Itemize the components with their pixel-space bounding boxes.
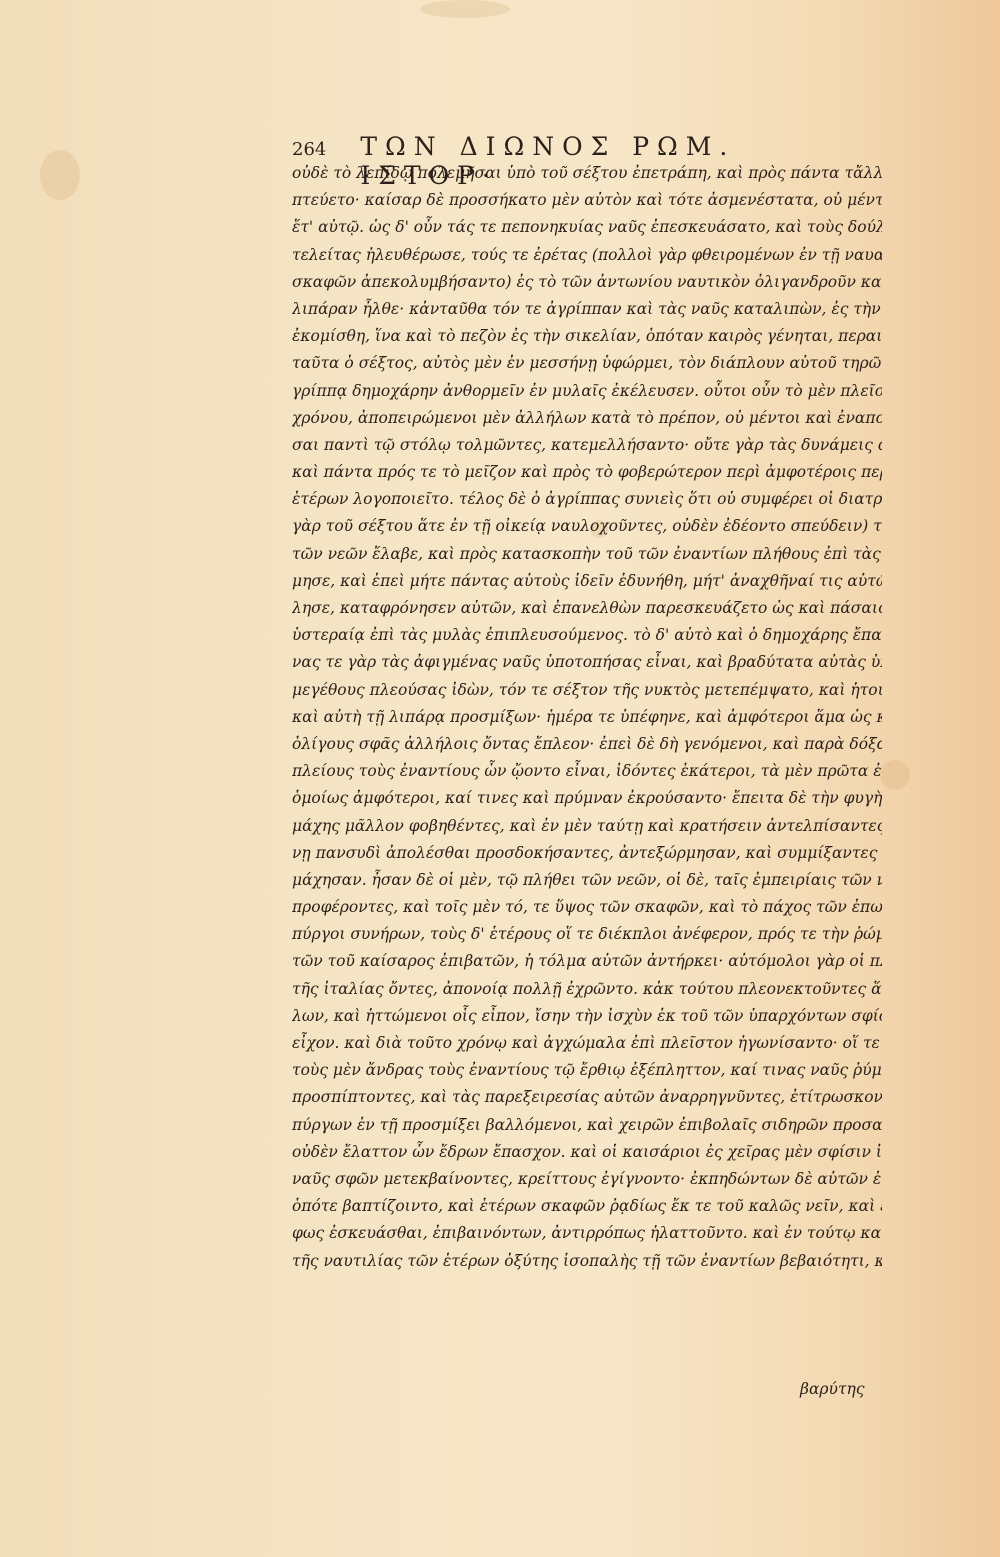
text-line: λιπάραν ἦλθε· κἀνταῦθα τόν τε ἀγρίππαν κ… xyxy=(292,296,882,323)
text-line: σκαφῶν ἀπεκολυμβήσαντο) ἐς τὸ τῶν ἀντωνί… xyxy=(292,269,882,296)
text-line: γὰρ τοῦ σέξτου ἅτε ἐν τῇ οἰκείᾳ ναυλοχοῦ… xyxy=(292,513,882,540)
text-line: τοὺς μὲν ἄνδρας τοὺς ἐναντίους τῷ ἔρθιῳ … xyxy=(292,1057,882,1084)
text-line: μάχης μᾶλλον φοβηθέντες, καὶ ἐν μὲν ταύτ… xyxy=(292,813,882,840)
text-line: ὑστεραίᾳ ἐπὶ τὰς μυλὰς ἐπιπλευσούμενος. … xyxy=(292,622,882,649)
text-line: ἑτέρων λογοποιεῖτο. τέλος δὲ ὁ ἀγρίππας … xyxy=(292,486,882,513)
text-line: σαι παντὶ τῷ στόλῳ τολμῶντες, κατεμελλήσ… xyxy=(292,432,882,459)
text-line: χρόνου, ἀποπειρώμενοι μὲν ἀλλήλων κατὰ τ… xyxy=(292,405,882,432)
body-text: οὐδὲ τὸ λεπίδῳ πολεμῆσαι ὑπὸ τοῦ σέξτου … xyxy=(292,160,882,1383)
paper-stain xyxy=(420,0,510,18)
text-line: τῶν τοῦ καίσαρος ἐπιβατῶν, ἡ τόλμα αὐτῶν… xyxy=(292,948,882,975)
text-line: πύργων ἐν τῇ προσμίξει βαλλόμενοι, καὶ χ… xyxy=(292,1112,882,1139)
text-line: καὶ αὐτὴ τῇ λιπάρᾳ προσμίξων· ἡμέρα τε ὑ… xyxy=(292,704,882,731)
text-line xyxy=(292,1302,882,1329)
page-header: 264 ΤΩΝ ΔΙΩΝΟΣ ΡΩΜ. ΙΣΤΟΡ· xyxy=(292,132,852,162)
text-line: ταῦτα ὁ σέξτος, αὐτὸς μὲν ἐν μεσσήνῃ ὑφώ… xyxy=(292,350,882,377)
text-line: μησε, καὶ ἐπεὶ μήτε πάντας αὐτοὺς ἰδεῖν … xyxy=(292,568,882,595)
text-line: τῆς ἰταλίας ὄντες, ἀπονοίᾳ πολλῇ ἐχρῶντο… xyxy=(292,976,882,1003)
text-line: οὐδὲν ἔλαττον ὧν ἔδρων ἔπασχον. καὶ οἱ κ… xyxy=(292,1139,882,1166)
text-line: πτεύετο· καίσαρ δὲ προσσήκατο μὲν αὐτὸν … xyxy=(292,187,882,214)
text-line: ὀλίγους σφᾶς ἀλλήλοις ὄντας ἔπλεον· ἐπεὶ… xyxy=(292,731,882,758)
text-line: νας τε γὰρ τὰς ἀφιγμένας ναῦς ὑποτοπήσας… xyxy=(292,649,882,676)
text-line: πύργοι συνήρων, τοὺς δ' ἑτέρους οἵ τε δι… xyxy=(292,921,882,948)
text-line: ὁμοίως ἀμφότεροι, καί τινες καὶ πρύμναν … xyxy=(292,785,882,812)
text-line: λων, καὶ ἡττώμενοι οἷς εἶπον, ἴσην τὴν ἰ… xyxy=(292,1003,882,1030)
text-line: προσπίπτοντες, καὶ τὰς παρεξειρεσίας αὐτ… xyxy=(292,1084,882,1111)
text-line: ἐκομίσθη, ἵνα καὶ τὸ πεζὸν ἐς τὴν σικελί… xyxy=(292,323,882,350)
text-line: ὁπότε βαπτίζοιντο, καὶ ἑτέρων σκαφῶν ῥᾳδ… xyxy=(292,1193,882,1220)
text-line: καὶ πάντα πρός τε τὸ μεῖζον καὶ πρὸς τὸ … xyxy=(292,459,882,486)
text-line: τελείτας ἠλευθέρωσε, τούς τε ἐρέτας (πολ… xyxy=(292,242,882,269)
text-line: πλείους τοὺς ἐναντίους ὧν ᾤοντο εἶναι, ἰ… xyxy=(292,758,882,785)
text-line: τῆς ναυτιλίας τῶν ἑτέρων ὀξύτης ἰσοπαλὴς… xyxy=(292,1248,882,1275)
text-line: εἶχον. καὶ διὰ τοῦτο χρόνῳ καὶ ἀγχώμαλα … xyxy=(292,1030,882,1057)
text-line: τῶν νεῶν ἔλαβε, καὶ πρὸς κατασκοπὴν τοῦ … xyxy=(292,541,882,568)
text-line: ναῦς σφῶν μετεκβαίνοντες, κρείττους ἐγίγ… xyxy=(292,1166,882,1193)
page-number: 264 xyxy=(292,139,326,160)
text-line xyxy=(292,1329,882,1356)
paper-stain xyxy=(40,150,80,200)
text-line xyxy=(292,1356,882,1383)
text-line: λησε, καταφρόνησεν αὐτῶν, καὶ ἐπανελθὼν … xyxy=(292,595,882,622)
text-line: οὐδὲ τὸ λεπίδῳ πολεμῆσαι ὑπὸ τοῦ σέξτου … xyxy=(292,160,882,187)
paper-stain xyxy=(880,760,910,790)
text-line: μεγέθους πλεούσας ἰδὼν, τόν τε σέξτον τῆ… xyxy=(292,677,882,704)
text-line: μάχησαν. ἦσαν δὲ οἱ μὲν, τῷ πλήθει τῶν ν… xyxy=(292,867,882,894)
text-line: προφέροντες, καὶ τοῖς μὲν τό, τε ὕψος τῶ… xyxy=(292,894,882,921)
text-line: φως ἐσκευάσθαι, ἐπιβαινόντων, ἀντιρρόπως… xyxy=(292,1220,882,1247)
text-line: ἔτ' αὐτῷ. ὡς δ' οὖν τάς τε πεπονηκυίας ν… xyxy=(292,214,882,241)
text-line: νῃ πανσυδὶ ἀπολέσθαι προσδοκήσαντες, ἀντ… xyxy=(292,840,882,867)
text-line: γρίππᾳ δημοχάρην ἀνθορμεῖν ἐν μυλαῖς ἐκέ… xyxy=(292,378,882,405)
text-line xyxy=(292,1275,882,1302)
book-page: 264 ΤΩΝ ΔΙΩΝΟΣ ΡΩΜ. ΙΣΤΟΡ· οὐδὲ τὸ λεπίδ… xyxy=(0,0,1000,1557)
catchword: βαρύτης xyxy=(800,1380,865,1398)
